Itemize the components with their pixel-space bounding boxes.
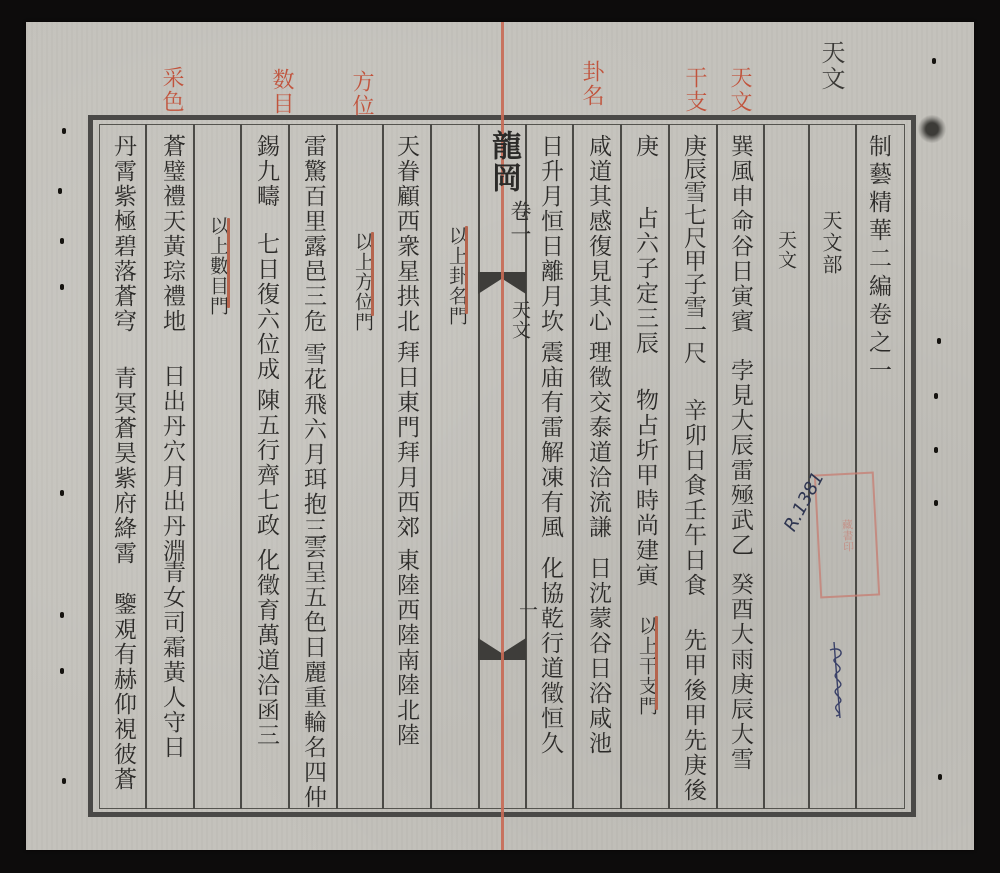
signature-icon xyxy=(826,640,852,720)
column-rule xyxy=(240,124,242,809)
column-rule xyxy=(855,124,857,809)
text-column-2-extra: 先甲後甲先庚後 xyxy=(680,628,706,803)
book-title: 制藝精華二編卷之一 xyxy=(865,134,891,386)
column-rule xyxy=(572,124,574,809)
text-column-3-top: 庚 xyxy=(632,134,658,159)
column-rule xyxy=(288,124,290,809)
text-column-8-tail: 名四仲 xyxy=(300,735,326,810)
text-column-8-extra: 雲呈五色日麗重輪 xyxy=(300,535,326,735)
text-column-3-extra: 物占圻甲時尚建寅 xyxy=(632,388,658,588)
red-section-marker xyxy=(655,616,658,710)
text-column-9-tail: 化徵育萬道洽函三 xyxy=(253,548,279,748)
text-column-3-bottom: 占六子定三辰 xyxy=(632,206,658,356)
header-numbers: 数目 xyxy=(268,68,294,116)
column-rule xyxy=(193,124,195,809)
column-rule xyxy=(620,124,622,809)
column-rule xyxy=(478,124,480,809)
text-column-9-extra: 陳五行齊七政 xyxy=(253,388,279,538)
binding-hole xyxy=(58,188,62,194)
header-stems-branches: 干支 xyxy=(681,66,707,114)
text-column-4-extra: 日沈蒙谷日浴咸池 xyxy=(585,556,611,756)
binding-hole xyxy=(938,774,942,780)
top-margin-label: 天文 xyxy=(818,40,844,92)
text-column-7-bottom: 拜日東門拜月西郊 xyxy=(393,340,419,540)
text-column-7-extra: 東陸西陸南陸北陸 xyxy=(393,548,419,748)
column-rule xyxy=(763,124,765,809)
text-column-5-extra: 化協乾行道徵恒久 xyxy=(537,556,563,756)
text-column-10-top: 蒼璧禮天黃琮禮地 xyxy=(159,134,185,334)
text-column-5-top: 日升月恒日離月坎 xyxy=(537,134,563,334)
text-column-10-bottom: 日出丹穴月出丹淵 xyxy=(159,364,185,564)
text-column-1-bottom: 孛見大辰雷殛武乙 xyxy=(727,358,753,558)
binding-hole xyxy=(60,490,64,496)
text-column-1-top: 巽風申命谷日寅賓 xyxy=(727,134,753,334)
header-trigram-names: 卦名 xyxy=(578,60,604,108)
binding-hole xyxy=(60,238,64,244)
text-column-5-bottom: 震庙有雷解凍有風 xyxy=(537,340,563,540)
column-rule xyxy=(668,124,670,809)
binding-hole xyxy=(60,668,64,674)
column-rule xyxy=(382,124,384,809)
column-rule xyxy=(716,124,718,809)
binding-hole xyxy=(60,284,64,290)
header-directions: 方位 xyxy=(348,70,374,118)
column-rule xyxy=(430,124,432,809)
binding-hole xyxy=(932,58,936,64)
text-column-4-bottom: 理徵交泰道洽流謙 xyxy=(585,340,611,540)
center-column-title: 龍岡 xyxy=(486,130,520,194)
column-rule xyxy=(808,124,810,809)
binding-hole xyxy=(62,778,66,784)
center-column-section: 天文 xyxy=(507,300,533,340)
red-section-marker xyxy=(227,218,230,308)
text-column-11-top: 丹霄紫極碧落蒼穹 xyxy=(110,134,136,334)
text-column-9-top: 錫九疇 xyxy=(253,134,279,209)
text-column-4-top: 咸道其感復見其心 xyxy=(585,134,611,334)
text-column-1-extra: 癸酉大雨庚辰大雪 xyxy=(727,572,753,772)
text-column-8-top: 雷驚百里露邑三危 xyxy=(300,134,326,334)
library-stamp: 藏書印 xyxy=(814,472,880,599)
text-column-2-top: 庚辰雪七尺甲子雪一尺 xyxy=(680,134,706,364)
page-number: 一 xyxy=(514,600,540,620)
binding-hole xyxy=(60,612,64,618)
binding-hole xyxy=(937,338,941,344)
binding-hole xyxy=(934,447,938,453)
header-colors: 采色 xyxy=(158,66,184,114)
text-column-10-extra: 青女司霜黃人守日 xyxy=(159,560,185,760)
text-column-8-bottom: 雪花飛六月珥抱三 xyxy=(300,342,326,542)
text-column-11-extra: 鑒覌有赫仰視彼蒼 xyxy=(110,592,136,792)
text-column-7-top: 天眷顧西衆星拱北 xyxy=(393,134,419,334)
binding-hole xyxy=(934,500,938,506)
red-section-marker xyxy=(465,226,468,314)
text-column-2-bottom: 辛卯日食壬午日食 xyxy=(680,398,706,598)
column-rule xyxy=(145,124,147,809)
binding-hole xyxy=(934,393,938,399)
binding-hole xyxy=(62,128,66,134)
text-column-11-bottom: 青冥蒼昊紫府絳霄 xyxy=(110,366,136,566)
section-title: 天文部 xyxy=(818,210,844,276)
text-column-9-bottom: 七日復六位成 xyxy=(253,232,279,382)
column-rule xyxy=(336,124,338,809)
section-subtitle: 天文 xyxy=(773,230,799,270)
header-astronomy: 天文 xyxy=(726,66,752,114)
red-section-marker xyxy=(371,232,374,316)
center-column-volume: 卷一 xyxy=(507,200,533,246)
ink-smudge xyxy=(918,114,946,144)
